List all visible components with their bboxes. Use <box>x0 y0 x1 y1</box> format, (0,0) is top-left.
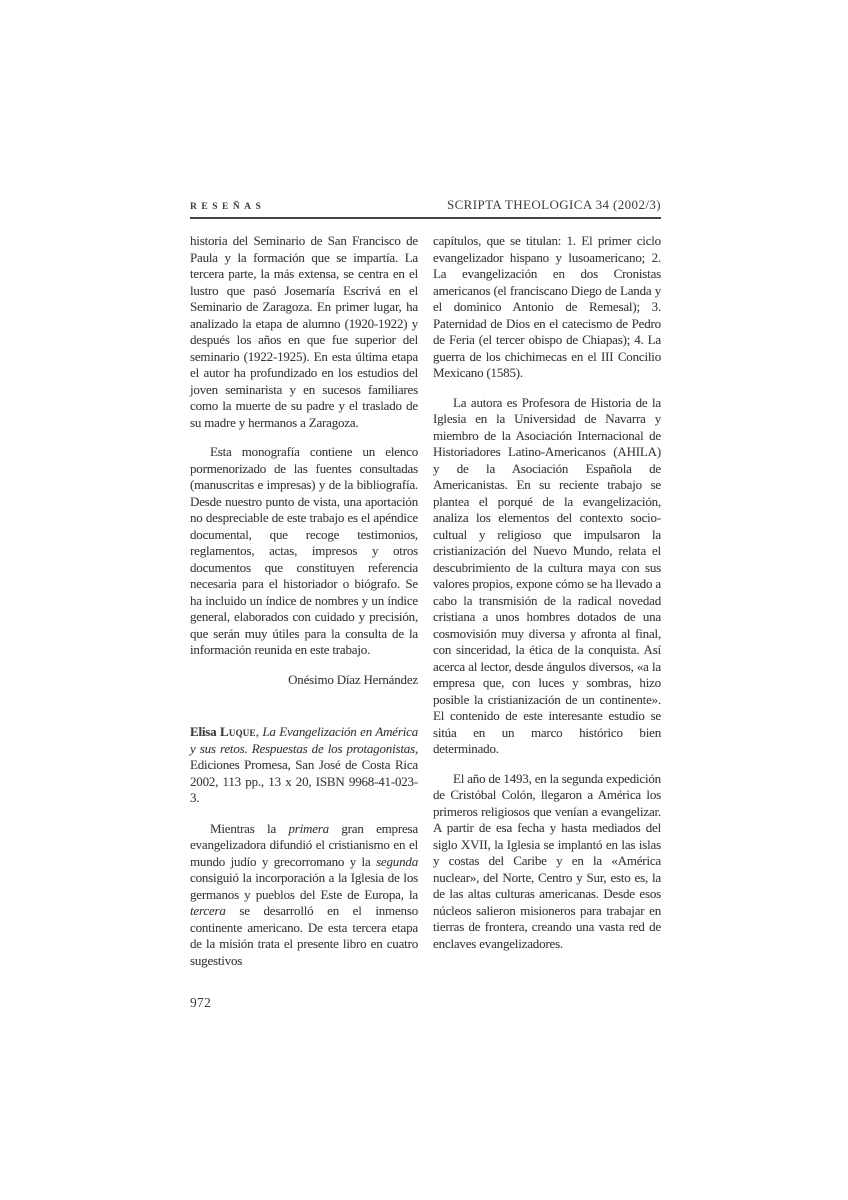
journal-title: SCRIPTA THEOLOGICA 34 (2002/3) <box>447 197 661 213</box>
text-run: Mientras la <box>210 821 288 836</box>
text-run: Luque <box>220 724 256 739</box>
running-head: RESEÑAS SCRIPTA THEOLOGICA 34 (2002/3) <box>190 197 661 219</box>
section-label: RESEÑAS <box>190 202 265 212</box>
body-paragraph: El año de 1493, en la segunda expedición… <box>433 771 661 953</box>
left-column: historia del Seminario de San Francisco … <box>190 233 418 969</box>
text-run: Esta monografía contiene un elenco porme… <box>190 444 418 657</box>
page-number: 972 <box>190 995 661 1011</box>
text-run: Elisa <box>190 724 220 739</box>
reviewer-signature: Onésimo Díaz Hernández <box>190 672 418 689</box>
book-citation: Elisa Luque, La Evangelización en Améric… <box>190 724 418 807</box>
body-paragraph: Mientras la primera gran empresa evangel… <box>190 821 418 970</box>
text-run: Onésimo Díaz Hernández <box>288 672 418 687</box>
text-run: La autora es Profesora de Historia de la… <box>433 395 661 757</box>
text-run: tercera <box>190 903 226 918</box>
body-paragraph: capítulos, que se titulan: 1. El primer … <box>433 233 661 382</box>
text-run: capítulos, que se titulan: 1. El primer … <box>433 233 661 380</box>
body-paragraph: historia del Seminario de San Francisco … <box>190 233 418 431</box>
text-run: consiguió la incorporación a la Iglesia … <box>190 870 418 902</box>
right-column: capítulos, que se titulan: 1. El primer … <box>433 233 661 969</box>
page-content: RESEÑAS SCRIPTA THEOLOGICA 34 (2002/3) h… <box>190 197 661 1011</box>
scanned-journal-page: RESEÑAS SCRIPTA THEOLOGICA 34 (2002/3) h… <box>0 0 848 1200</box>
text-run: segunda <box>376 854 418 869</box>
body-paragraph: Esta monografía contiene un elenco porme… <box>190 444 418 659</box>
two-column-text: historia del Seminario de San Francisco … <box>190 233 661 969</box>
text-run: primera <box>288 821 329 836</box>
body-paragraph: La autora es Profesora de Historia de la… <box>433 395 661 758</box>
text-run: El año de 1493, en la segunda expedición… <box>433 771 661 951</box>
text-run: historia del Seminario de San Francisco … <box>190 233 418 430</box>
